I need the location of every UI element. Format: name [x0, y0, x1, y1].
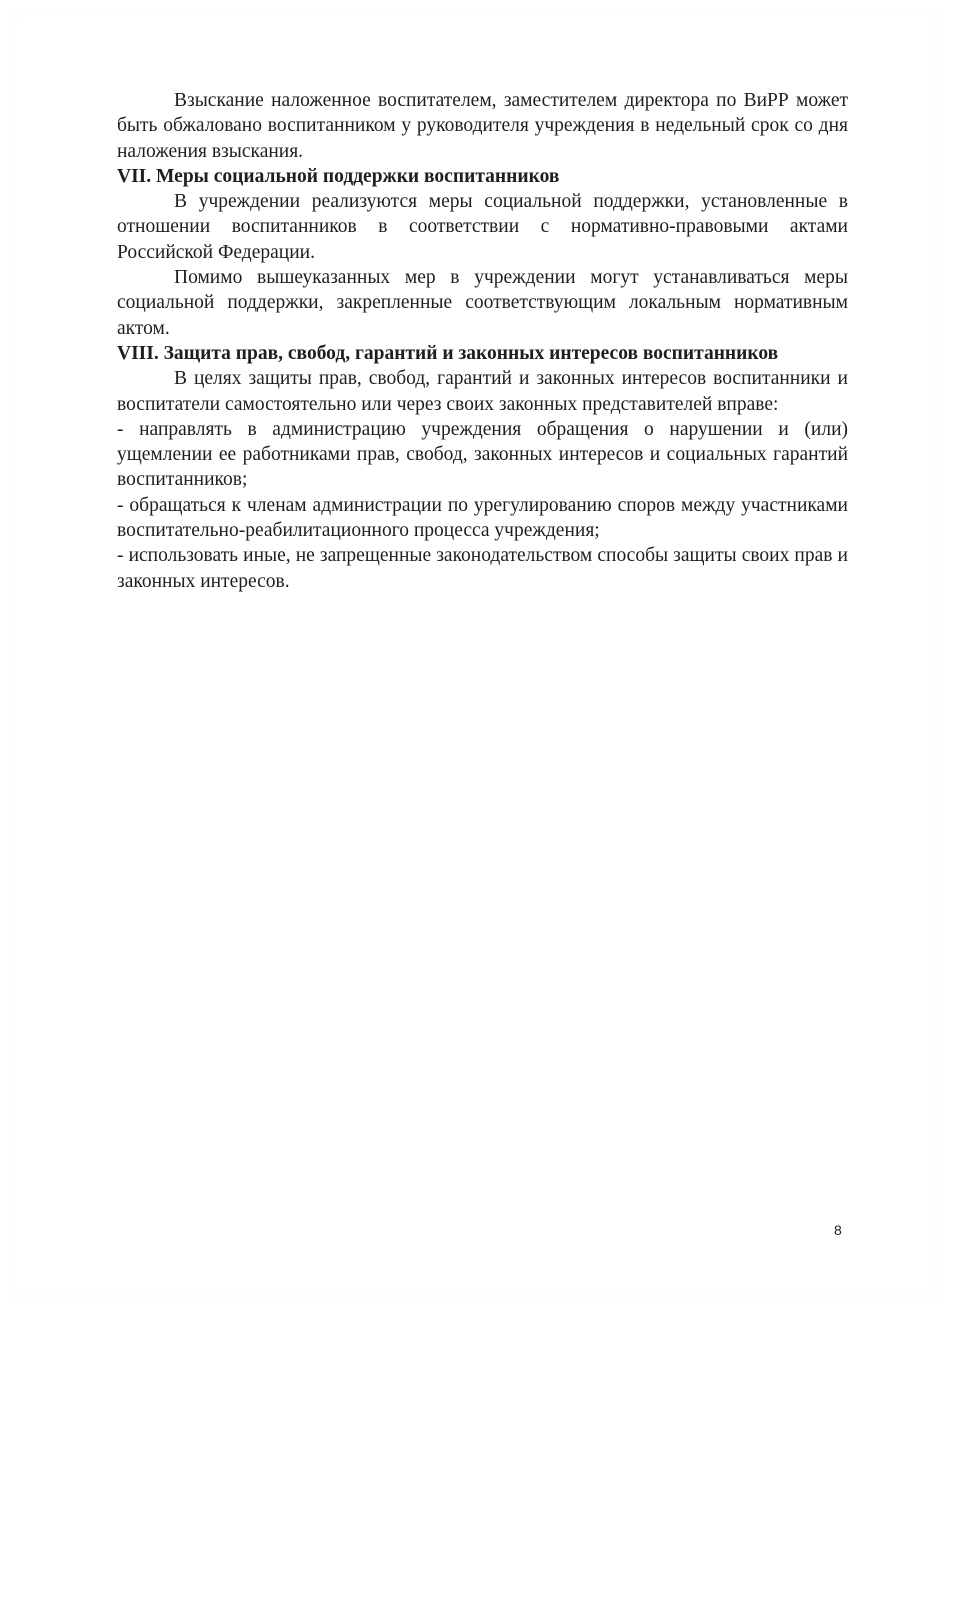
document-body: Взыскание наложенное воспитателем, замес… — [117, 88, 848, 594]
paragraph-rights-protection: В целях защиты прав, свобод, гарантий и … — [117, 366, 848, 417]
list-item-dispute-resolution: - обращаться к членам администрации по у… — [117, 493, 848, 544]
section-heading-vii: VII. Меры социальной поддержки воспитанн… — [117, 164, 848, 189]
section-heading-viii: VIII. Защита прав, свобод, гарантий и за… — [117, 341, 848, 366]
paragraph-additional-measures: Помимо вышеуказанных мер в учреждении мо… — [117, 265, 848, 341]
paragraph-social-support: В учреждении реализуются меры социальной… — [117, 189, 848, 265]
document-page: Взыскание наложенное воспитателем, замес… — [0, 0, 976, 1600]
list-item-appeal-administration: - направлять в администрацию учреждения … — [117, 417, 848, 493]
list-item-other-methods: - использовать иные, не запрещенные зако… — [117, 543, 848, 594]
paragraph-appeal: Взыскание наложенное воспитателем, замес… — [117, 88, 848, 164]
page-number: 8 — [834, 1222, 842, 1238]
